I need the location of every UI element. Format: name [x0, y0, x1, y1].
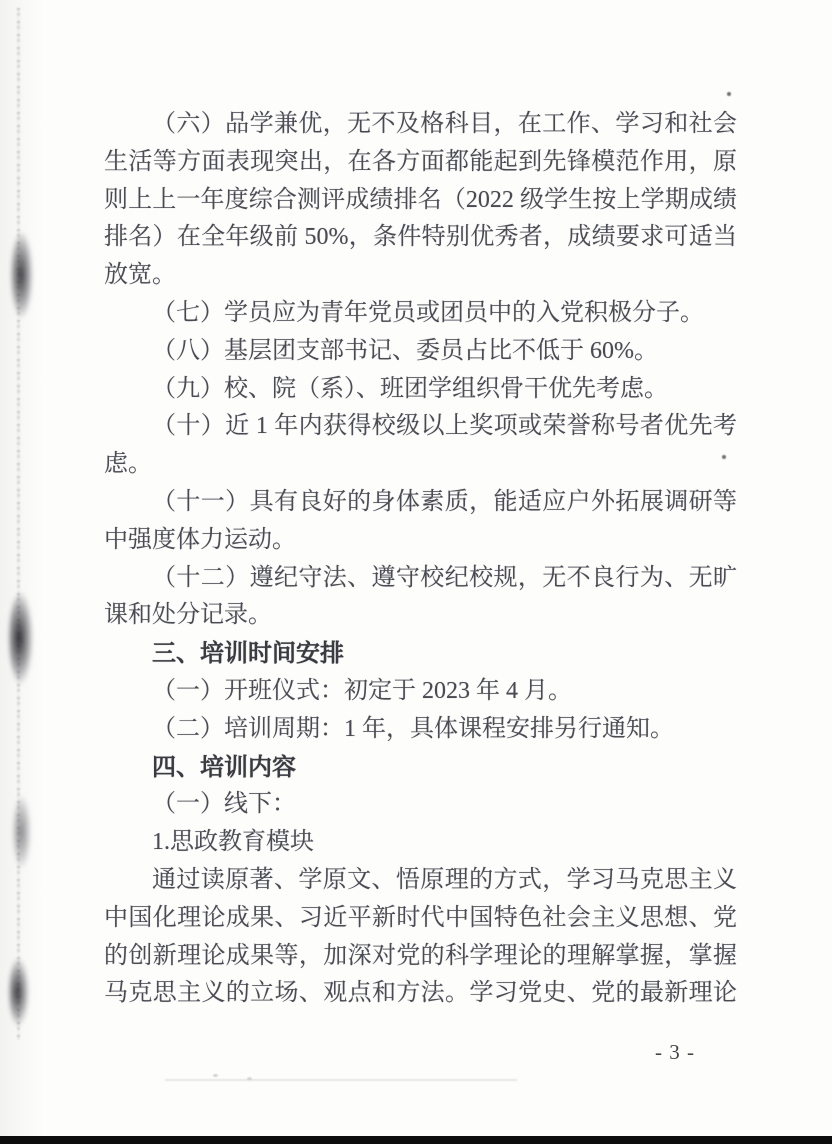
scan-speck: [213, 1074, 218, 1077]
para-clause6-line1: （六）品学兼优，无不及格科目，在工作、学习和社会: [104, 106, 737, 144]
para-clause12-line2: 课和处分记录。: [104, 597, 737, 635]
scan-smudge: [9, 958, 29, 1026]
document-body: （六）品学兼优，无不及格科目，在工作、学习和社会 生活等方面表现突出，在各方面都…: [104, 106, 737, 1013]
scan-bottom-edge-bar: [0, 1136, 832, 1144]
para-clause12-line1: （十二）遵纪守法、遵守校纪校规，无不良行为、无旷: [104, 560, 737, 598]
para-module1-line2: 中国化理论成果、习近平新时代中国特色社会主义思想、党: [104, 900, 737, 938]
scan-speck: [722, 455, 726, 459]
scan-faint-line: [165, 1079, 517, 1081]
para-clause11-line1: （十一）具有良好的身体素质，能适应户外拓展调研等: [104, 484, 737, 522]
scan-smudge: [9, 592, 33, 684]
scan-smudge: [13, 796, 31, 868]
para-clause8: （八）基层团支部书记、委员占比不低于 60%。: [104, 333, 737, 371]
para-module1-title: 1.思政教育模块: [104, 824, 737, 862]
para-clause6-line3: 则上上一年度综合测评成绩排名（2022 级学生按上学期成绩: [104, 182, 737, 220]
scan-edge-streak: [17, 8, 20, 1040]
page-number: - 3 -: [655, 1040, 695, 1065]
para-clause10-line2: 虑。: [104, 446, 737, 484]
para-clause10-line1: （十）近 1 年内获得校级以上奖项或荣誉称号者优先考: [104, 408, 737, 446]
para-training-period: （二）培训周期：1 年，具体课程安排另行通知。: [104, 711, 737, 749]
para-module1-line3: 的创新理论成果等，加深对党的科学理论的理解掌握，掌握: [104, 938, 737, 976]
heading-section4-training-content: 四、培训内容: [104, 749, 737, 787]
heading-section3-training-schedule: 三、培训时间安排: [104, 635, 737, 673]
para-clause6-line2: 生活等方面表现突出，在各方面都能起到先锋模范作用，原: [104, 144, 737, 182]
para-offline-label: （一）线下：: [104, 786, 737, 824]
para-clause11-line2: 中强度体力运动。: [104, 522, 737, 560]
scanned-document-page: （六）品学兼优，无不及格科目，在工作、学习和社会 生活等方面表现突出，在各方面都…: [0, 0, 832, 1144]
para-clause7: （七）学员应为青年党员或团员中的入党积极分子。: [104, 295, 737, 333]
scan-speck: [283, 768, 287, 771]
para-opening-ceremony: （一）开班仪式：初定于 2023 年 4 月。: [104, 673, 737, 711]
para-module1-line1: 通过读原著、学原文、悟原理的方式，学习马克思主义: [104, 862, 737, 900]
para-clause6-line5: 放宽。: [104, 257, 737, 295]
scan-speck: [727, 92, 731, 96]
scan-smudge: [11, 232, 33, 318]
para-clause9: （九）校、院（系）、班团学组织骨干优先考虑。: [104, 371, 737, 409]
para-clause6-line4: 排名）在全年级前 50%，条件特别优秀者，成绩要求可适当: [104, 219, 737, 257]
para-module1-line4: 马克思主义的立场、观点和方法。学习党史、党的最新理论: [104, 975, 737, 1013]
